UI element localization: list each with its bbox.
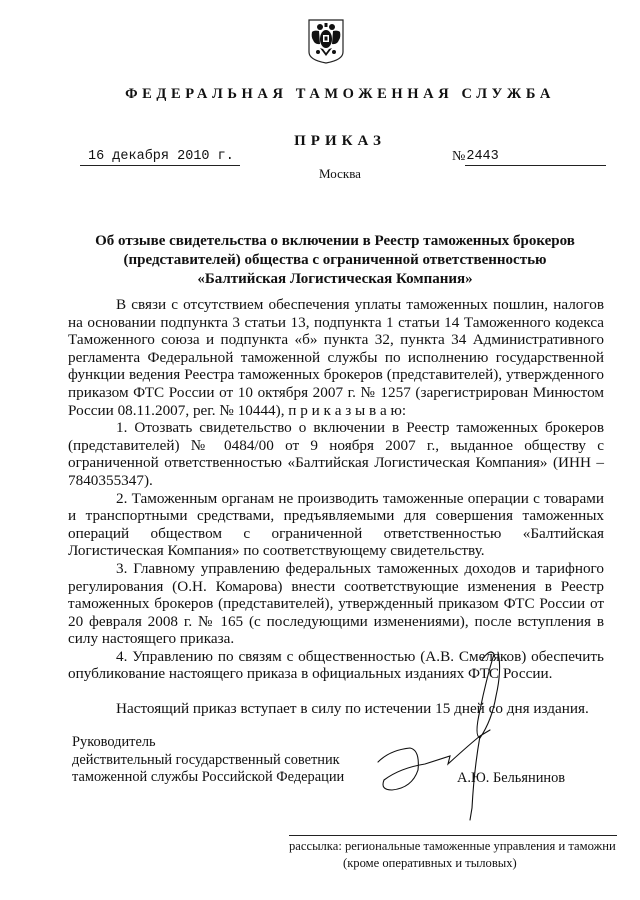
coat-of-arms-icon <box>306 18 346 64</box>
handwritten-signature-icon <box>370 640 550 840</box>
signer-title: Руководитель <box>72 734 344 752</box>
mailing-list: рассылка: региональные таможенные управл… <box>289 838 616 872</box>
mailing-line-2: (кроме оперативных и тыловых) <box>289 855 616 872</box>
order-date: 16 декабря 2010 г. <box>80 149 240 166</box>
agency-name: ФЕДЕРАЛЬНАЯ ТАМОЖЕННАЯ СЛУЖБА <box>0 86 640 103</box>
preamble-paragraph: В связи с отсутствием обеспечения уплаты… <box>68 296 604 419</box>
city: Москва <box>0 166 640 182</box>
clause-1: 1. Отозвать свидетельство о включении в … <box>68 419 604 489</box>
order-number: № 2443 <box>452 149 606 166</box>
document-type: ПРИКАЗ <box>0 133 640 150</box>
signer-name: А.Ю. Бельянинов <box>457 770 565 787</box>
divider <box>289 835 617 836</box>
number-value: 2443 <box>465 149 606 166</box>
signer-rank-cont: таможенной службы Российской Федерации <box>72 769 344 787</box>
clause-3: 3. Главному управлению федеральных тамож… <box>68 560 604 648</box>
order-title: Об отзыве свидетельства о включении в Ре… <box>90 232 580 289</box>
signer-block: Руководитель действительный государствен… <box>72 734 344 787</box>
number-label: № <box>452 149 465 166</box>
signer-rank: действительный государственный советник <box>72 752 344 770</box>
mailing-line-1: рассылка: региональные таможенные управл… <box>289 838 616 855</box>
clause-2: 2. Таможенным органам не производить там… <box>68 490 604 560</box>
